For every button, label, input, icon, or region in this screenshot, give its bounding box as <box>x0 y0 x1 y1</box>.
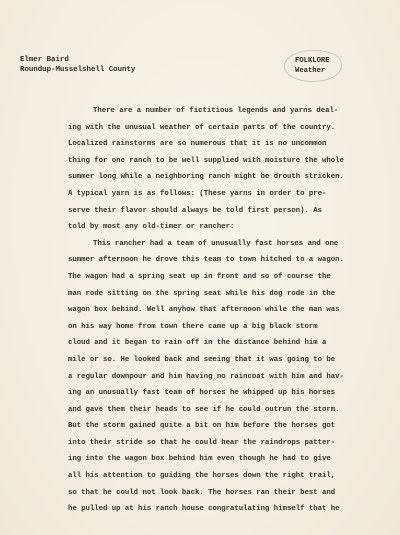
text-line: A typical yarn is as follows: (These yar… <box>68 186 388 203</box>
body-text: There are a number of fictitious legends… <box>68 103 388 518</box>
text-line: But the storm gained quite a bit on him … <box>68 418 388 435</box>
text-line: summer long while a neighboring ranch mi… <box>68 169 388 186</box>
text-line: There are a number of fictitious legends… <box>68 103 388 120</box>
text-line: serve their flavor should always be told… <box>68 203 388 220</box>
text-line: told by most any old-timer or rancher: <box>68 219 388 236</box>
text-line: mile or so. He looked back and seeing th… <box>68 352 388 369</box>
text-line: into their stride so that he could hear … <box>68 435 388 452</box>
author-location: Roundup-Musselshell County <box>20 66 135 76</box>
author-name: Elmer Baird <box>20 56 135 66</box>
text-line: cloud and it began to rain off in the di… <box>68 335 388 352</box>
typewritten-page: Elmer Baird Roundup-Musselshell County F… <box>0 0 400 535</box>
category-label: FOLKLORE <box>295 57 330 67</box>
text-line: he pulled up at his ranch house congratu… <box>68 501 388 518</box>
subcategory-label: Weather <box>295 67 330 77</box>
text-line: man rode sitting on the spring seat whil… <box>68 286 388 303</box>
text-line: thing for one ranch to be well supplied … <box>68 153 388 170</box>
text-line: and gave them their heads to see if he c… <box>68 402 388 419</box>
text-line: summer afternoon he drove this team to t… <box>68 252 388 269</box>
text-line: ing into the wagon box behind him even t… <box>68 451 388 468</box>
text-line: wagon box behind. Well anyhow that after… <box>68 302 388 319</box>
text-line: all his attention to guiding the horses … <box>68 468 388 485</box>
text-line: The wagon had a spring seat up in front … <box>68 269 388 286</box>
text-line: a regular downpour and him having no rai… <box>68 369 388 386</box>
text-line: ing an unusually fast team of horses he … <box>68 385 388 402</box>
text-line: so that he could not look back. The hors… <box>68 485 388 502</box>
text-line: on his way home from town there came up … <box>68 319 388 336</box>
text-line: ing with the unusual weather of certain … <box>68 120 388 137</box>
category-block: FOLKLORE Weather <box>295 57 330 76</box>
author-block: Elmer Baird Roundup-Musselshell County <box>20 56 135 75</box>
text-line: This rancher had a team of unusually fas… <box>68 236 388 253</box>
text-line: Localized rainstorms are so numerous tha… <box>68 136 388 153</box>
